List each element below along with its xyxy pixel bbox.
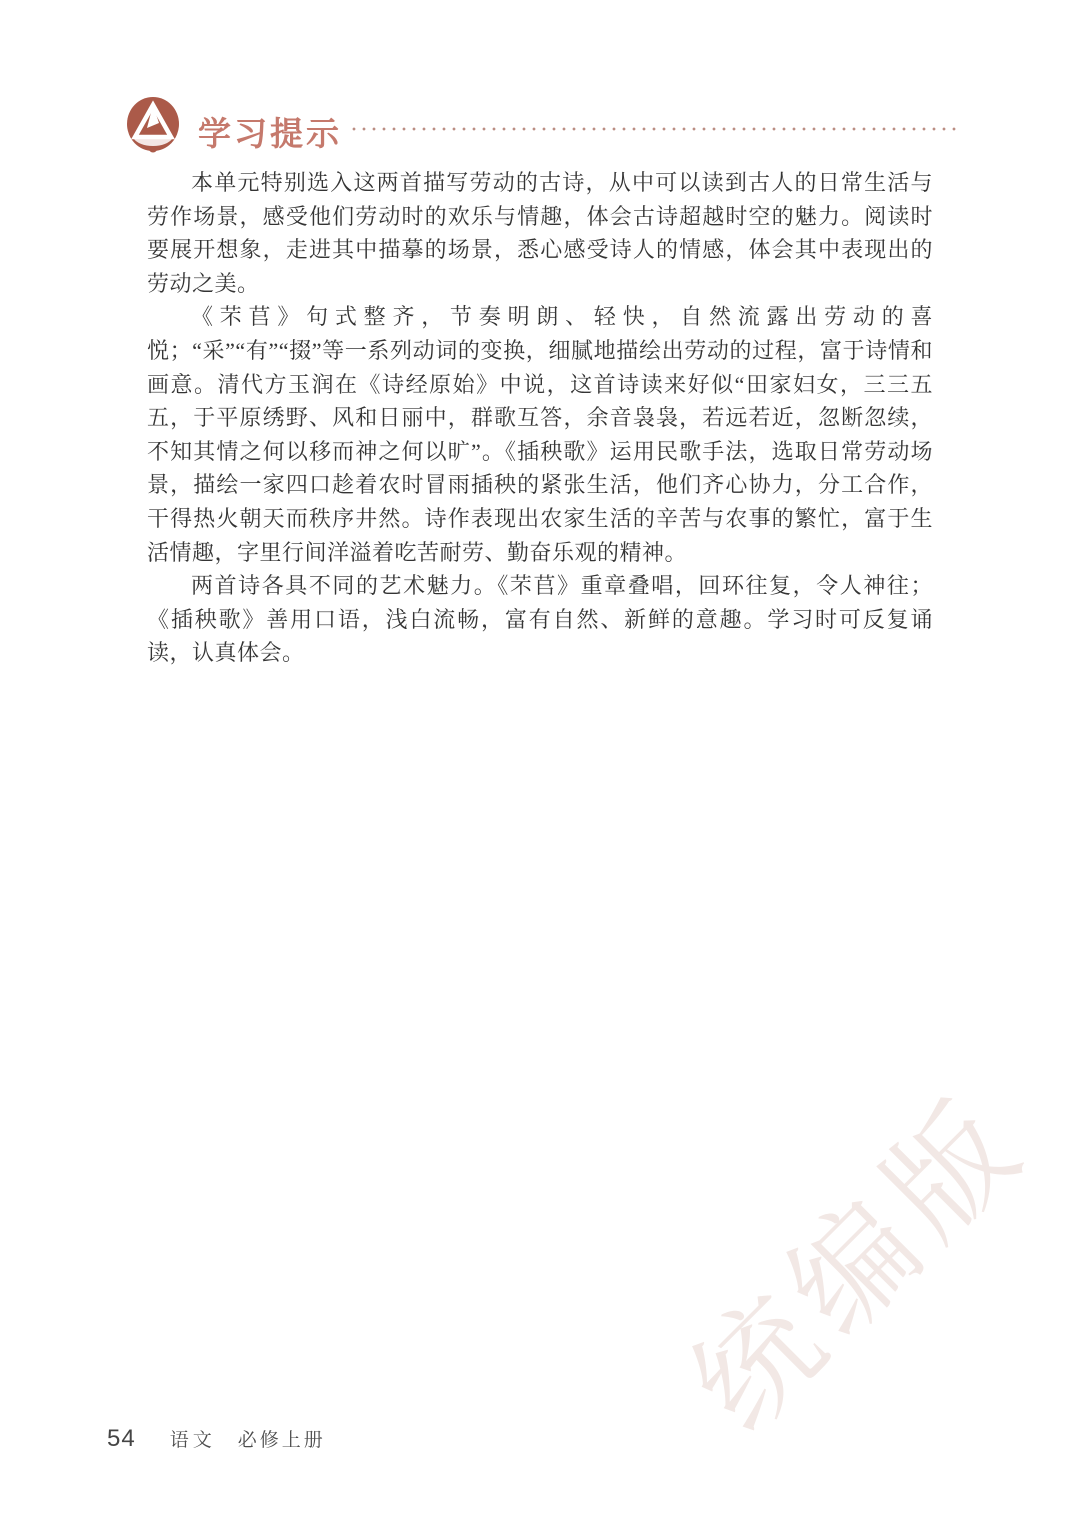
dotted-divider [352, 127, 962, 131]
page-footer: 54 语文 必修上册 [107, 1425, 326, 1453]
section-header: 学习提示 [126, 94, 962, 162]
page-number: 54 [107, 1425, 136, 1453]
paragraph-1: 本单元特别选入这两首描写劳动的古诗，从中可以读到古人的日常生活与劳作场景，感受他… [147, 166, 933, 300]
edition-watermark: 统编版 [646, 1049, 1058, 1461]
paragraph-2: 《芣苢》句式整齐，节奏明朗、轻快，自然流露出劳动的喜悦；“采”“有”“掇”等一系… [147, 300, 933, 569]
textbook-page: 学习提示 本单元特别选入这两首描写劳动的古诗，从中可以读到古人的日常生活与劳作场… [0, 0, 1080, 1527]
paragraph-3: 两首诗各具不同的艺术魅力。《芣苢》重章叠唱，回环往复，令人神往；《插秧歌》善用口… [147, 569, 933, 670]
lesson-guidance-text: 本单元特别选入这两首描写劳动的古诗，从中可以读到古人的日常生活与劳作场景，感受他… [147, 166, 933, 670]
footer-subject: 语文 [170, 1425, 216, 1452]
publisher-emblem-icon [126, 96, 180, 158]
section-title: 学习提示 [198, 108, 342, 155]
footer-volume: 必修上册 [238, 1425, 326, 1452]
